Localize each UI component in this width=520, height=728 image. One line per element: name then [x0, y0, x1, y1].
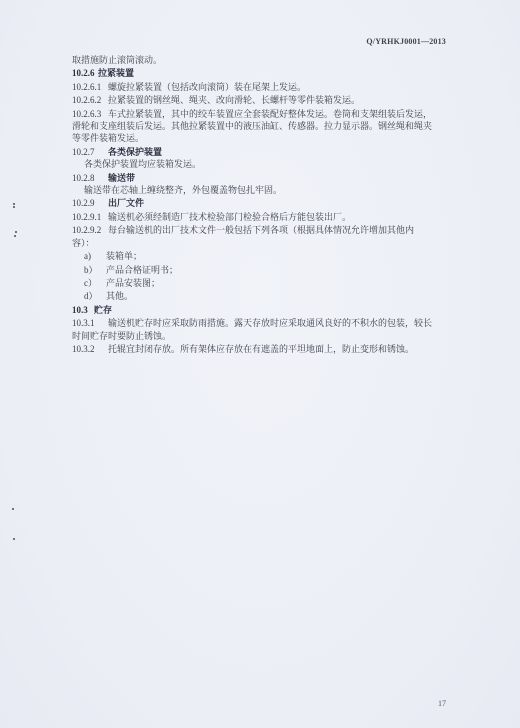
section-heading-10-2-7: 10.2.7各类保护装置 [72, 146, 452, 159]
document-page: Q/YRHKJ0001—2013 取措施防止滚筒滚动。 10.2.6拉紧装置 1… [0, 0, 520, 728]
list-item: d）其他。 [72, 290, 452, 303]
scan-artifact [12, 508, 14, 510]
clause-10-2-9-1: 10.2.9.1输送机必须经制造厂技术检验部门检验合格后方能包装出厂。 [72, 211, 452, 224]
scan-artifact [14, 235, 16, 237]
clause-10-2-6-1: 10.2.6.1螺旋拉紧装置（包括改向滚筒）装在尾架上发运。 [72, 81, 452, 94]
section-text-10-2-7: 各类保护装置均应装箱发运。 [72, 159, 452, 171]
document-body: 取措施防止滚筒滚动。 10.2.6拉紧装置 10.2.6.1螺旋拉紧装置（包括改… [72, 55, 452, 356]
section-heading-10-2-9: 10.2.9出厂文件 [72, 197, 452, 210]
page-number: 17 [438, 699, 446, 708]
section-heading-10-2-6: 10.2.6拉紧装置 [72, 67, 452, 80]
clause-10-2-9-2: 10.2.9.2每台输送机的出厂技术文件一般包括下列各项（根据具体情况允许增加其… [72, 224, 452, 250]
continuation-text: 取措施防止滚筒滚动。 [72, 55, 452, 67]
list-item: b）产品合格证明书； [72, 264, 452, 277]
document-code: Q/YRHKJ0001—2013 [366, 37, 446, 46]
scan-artifact [13, 203, 15, 205]
scan-artifact [13, 538, 15, 540]
clause-10-2-6-3: 10.2.6.3车式拉紧装置，其中的绞车装置应全套装配好整体发运。卷筒和支架组装… [72, 108, 452, 146]
section-heading-10-3: 10.3贮存 [72, 304, 452, 317]
scan-artifact [15, 231, 17, 233]
clause-10-3-1: 10.3.1输送机贮存时应采取防雨措施。露天存放时应采取通风良好的不积水的包装，… [72, 317, 452, 343]
list-item: c）产品安装图； [72, 277, 452, 290]
section-text-10-2-8: 输送带在芯轴上缠绕整齐，外包覆盖物包扎牢固。 [72, 185, 452, 197]
list-item: a)装箱单； [72, 250, 452, 263]
scan-artifact [13, 206, 15, 208]
clause-10-2-6-2: 10.2.6.2拉紧装置的钢丝绳、绳夹、改向滑轮、长螺杆等零件装箱发运。 [72, 94, 452, 107]
section-heading-10-2-8: 10.2.8输送带 [72, 172, 452, 185]
clause-10-3-2: 10.3.2托辊宜封闭存放。所有架体应存放在有遮盖的平坦地面上，防止变形和锈蚀。 [72, 343, 452, 356]
